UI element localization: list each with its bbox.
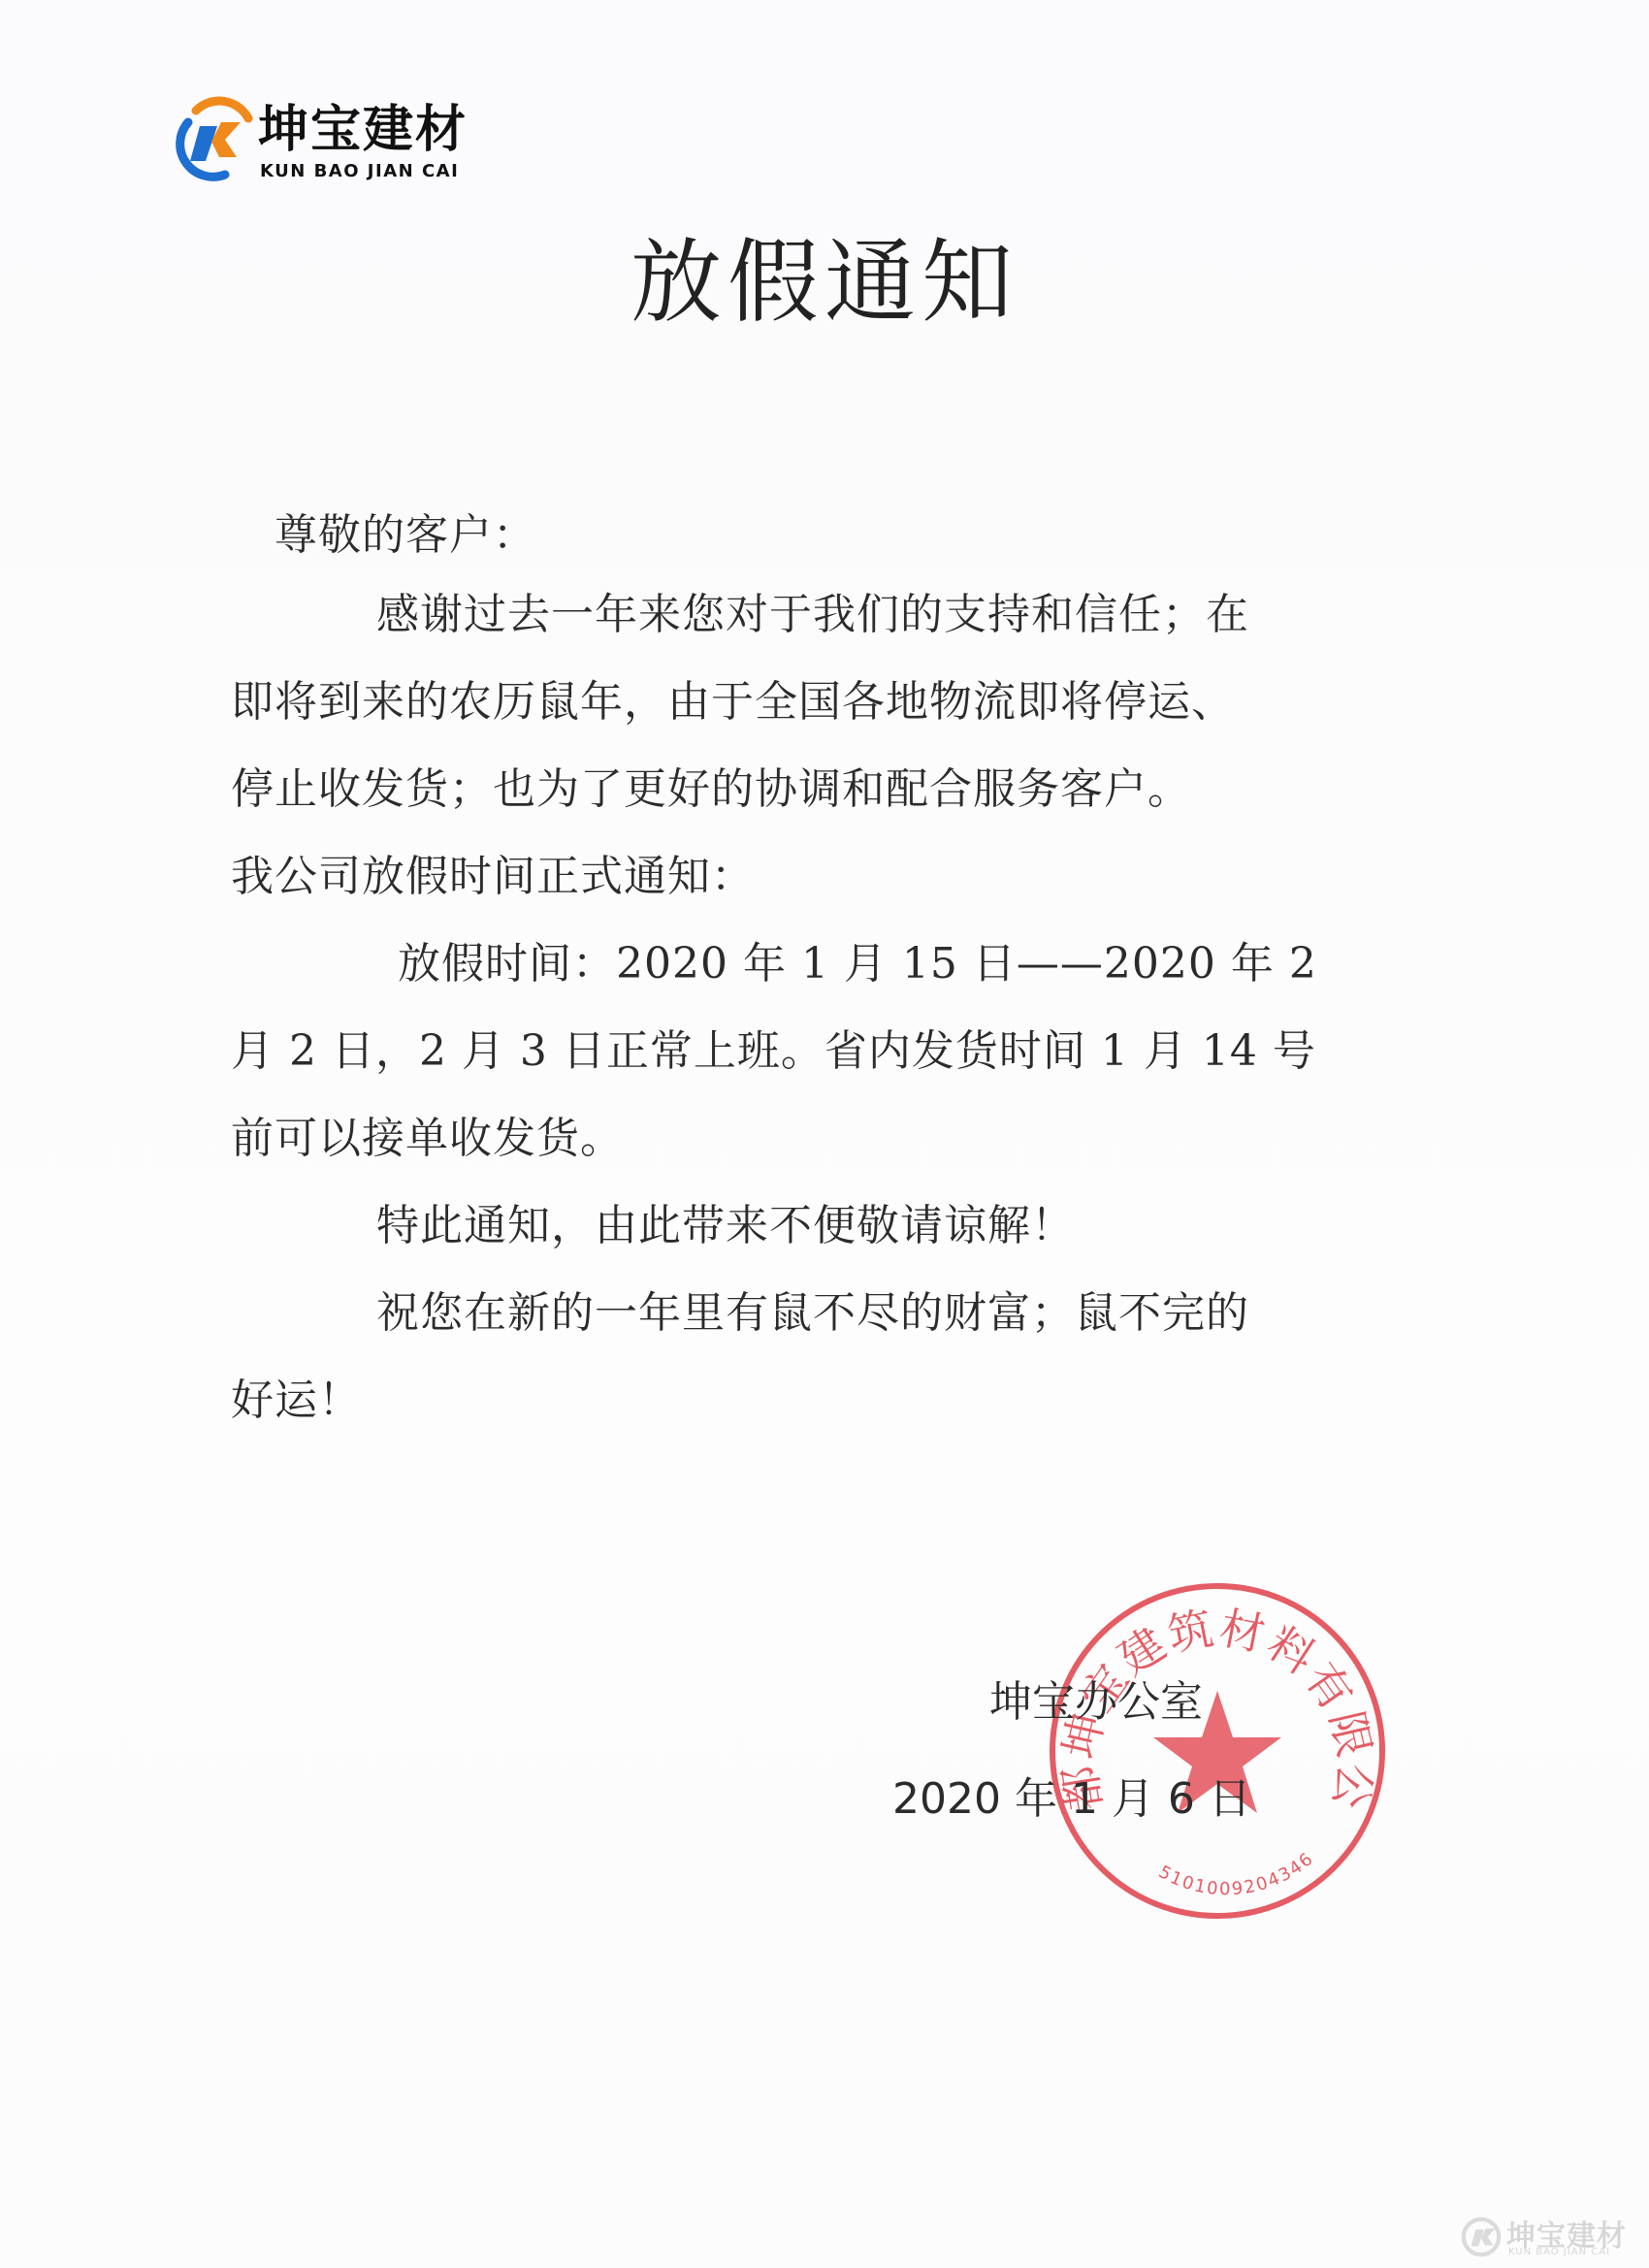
paragraph-line: 前可以接单收发货。 [231, 1113, 624, 1165]
paragraph-line: 好运！ [231, 1375, 362, 1427]
paragraph-line: 停止收发货；也为了更好的协调和配合服务客户。 [231, 763, 1191, 816]
paragraph-line: 祝您在新的一年里有鼠不尽的财富；鼠不完的 [376, 1287, 1249, 1340]
company-seal-icon: 成都坤宝建筑材料有限公司 5101009204346 [1043, 1576, 1392, 1926]
logo-name-cn: 坤宝建材 [258, 103, 468, 157]
watermark-logo-icon [1460, 2216, 1503, 2258]
paragraph-line: 特此通知，由此带来不便敬请谅解！ [376, 1200, 1075, 1252]
paragraph-line: 我公司放假时间正式通知： [231, 851, 755, 903]
stamp-number: 5101009204346 [1155, 1848, 1318, 1899]
document-page: 坤宝建材 KUN BAO JIAN CAI 放假通知 尊敬的客户： 感谢过去一年… [0, 0, 1649, 2268]
signature-office: 坤宝办公室 [989, 1667, 1203, 1729]
watermark-logo: 坤宝建材 KUN BAO JIAN CAI [1460, 2212, 1649, 2265]
signature-date: 2020 年 1 月 6 日 [892, 1764, 1251, 1826]
paragraph-line: 感谢过去一年来您对于我们的支持和信任；在 [376, 589, 1249, 641]
svg-text:5101009204346: 5101009204346 [1155, 1848, 1318, 1899]
paragraph-line: 即将到来的农历鼠年，由于全国各地物流即将停运、 [231, 676, 1235, 729]
logo-name-en: KUN BAO JIAN CAI [260, 161, 459, 181]
paragraph-line: 月 2 日，2 月 3 日正常上班。省内发货时间 1 月 14 号 [231, 1025, 1316, 1078]
company-logo: 坤宝建材 KUN BAO JIAN CAI [167, 93, 487, 190]
holiday-period-line: 放假时间：2020 年 1 月 15 日——2020 年 2 [398, 938, 1317, 990]
watermark-name-en: KUN BAO JIAN CAI [1508, 2247, 1610, 2257]
page-title: 放假通知 [0, 209, 1649, 340]
kunbao-logo-icon [167, 93, 256, 182]
salutation: 尊敬的客户： [275, 509, 536, 562]
